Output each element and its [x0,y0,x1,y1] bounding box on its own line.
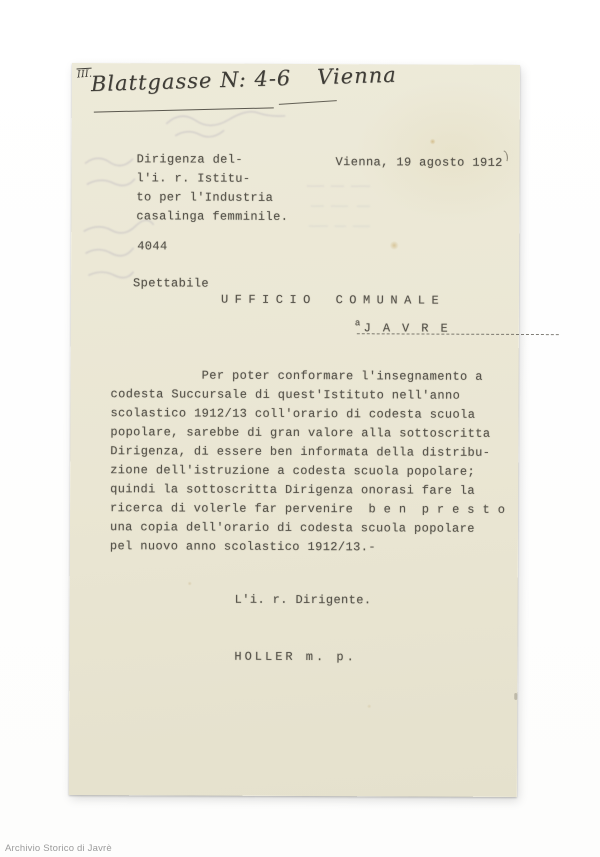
body-line: Per poter conformare l'insegnamento a [111,366,511,387]
sender-block: Dirigenza del-l'i. r. Istitu-to per l'In… [136,150,288,227]
body-line: Dirigenza, di essere ben informata della… [110,442,510,463]
sender-line: l'i. r. Istitu- [136,169,288,189]
protocol-number: 4044 [137,237,167,256]
recipient-office: UFFICIO COMUNALE [221,291,445,311]
salutation: Spettabile [133,274,209,293]
recipient-place-prefix: a [355,318,361,328]
sender-line: to per l'Industria [136,188,288,208]
sender-line: Dirigenza del- [137,150,289,170]
signature-name: HOLLER m. p. [234,648,371,668]
closing-role: L'i. r. Dirigente. [235,591,372,611]
date-line: Vienna, 19 agosto 1912 [336,153,503,173]
handwritten-city: Vienna [317,63,397,89]
body-line: quindi la sottoscritta Dirigenza onorasi… [110,480,510,501]
body-line: zione dell'istruzione a codesta scuola p… [110,461,510,482]
closing-block: L'i. r. Dirigente. HOLLER m. p. [234,553,371,706]
body-line: ricerca di volerle far pervenire b e n p… [110,499,510,520]
body-line: popolare, sarebbe di gran valore alla so… [110,423,510,444]
scanned-letter-view: III. Blattgasse N: 4-6Vienna Dirigenza d… [0,0,600,857]
archive-watermark: Archivio Storico di Javrè [5,843,112,854]
letter-paper: III. Blattgasse N: 4-6Vienna Dirigenza d… [69,63,520,797]
recipient-place-line: aJAVRE [355,314,460,338]
body-line: scolastico 1912/13 coll'orario di codest… [110,404,510,425]
sender-line: casalinga femminile. [136,207,288,227]
body-line: codesta Succursale di quest'Istituto nel… [111,385,511,406]
letter-body: Per poter conformare l'insegnamento acod… [110,366,511,558]
paper-edge-notch [514,693,517,700]
body-line: una copia dell'orario di codesta scuola … [110,518,510,539]
